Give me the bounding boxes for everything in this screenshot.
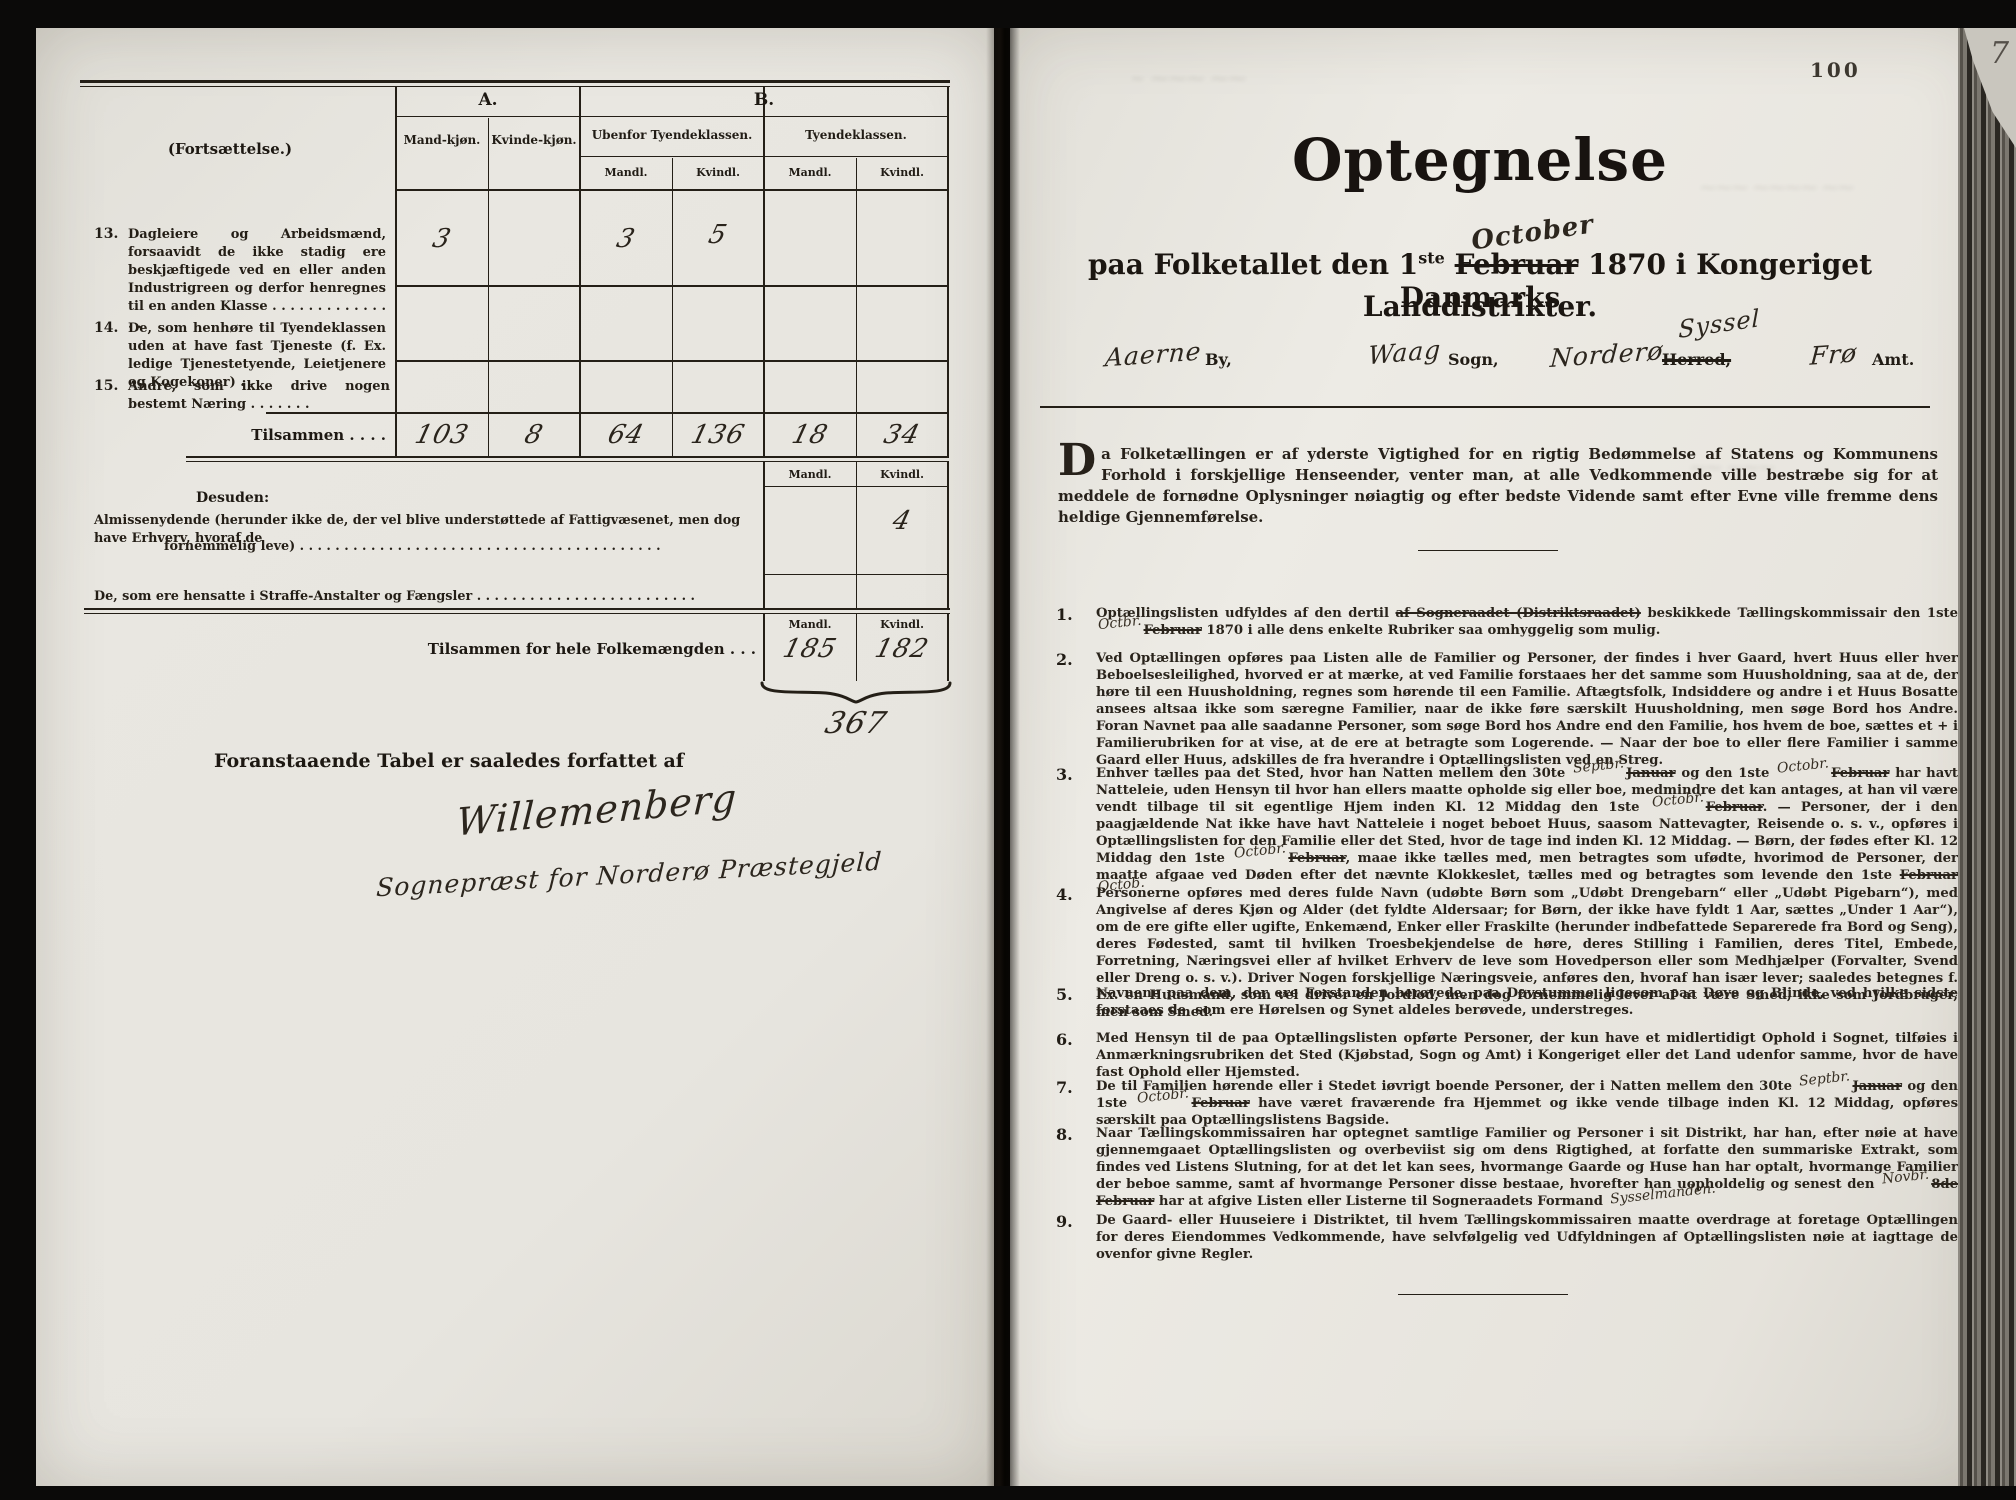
rule	[186, 461, 949, 462]
continuation-label: (Fortsættelse.)	[80, 140, 380, 158]
rule	[395, 285, 949, 287]
handwritten-value: 3	[576, 224, 675, 254]
instruction-item-text: Enhver tælles paa det Sted, hvor han Nat…	[1096, 765, 1958, 901]
instruction-item-text: De Gaard- eller Huuseiere i Distriktet, …	[1096, 1212, 1958, 1263]
handwritten-total: 136	[668, 420, 767, 450]
rule	[80, 86, 950, 87]
handwritten-grand-total-mandl: 185	[760, 634, 859, 664]
rule	[84, 608, 950, 610]
instruction-item-number: 3.	[1056, 765, 1073, 784]
rule	[80, 80, 950, 83]
rule	[579, 116, 949, 117]
subcolumn-mandl-label: Mandl.	[765, 468, 855, 481]
instruction-item: 9.De Gaard- eller Huuseiere i Distriktet…	[1056, 1212, 1958, 1263]
handwritten-sum-367: 367	[806, 706, 907, 741]
row-description: Andre, som ikke drive nogen bestemt Næri…	[128, 378, 390, 414]
instruction-item-number: 2.	[1056, 650, 1073, 669]
instruction-item: 7.De til Familien hørende eller i Stedet…	[1056, 1078, 1958, 1129]
subcolumn-kvindl-label: Kvindl.	[857, 468, 947, 481]
column-mandkjon-label: Mand-kjøn.	[397, 132, 487, 149]
instruction-item-number: 9.	[1056, 1212, 1073, 1231]
handwritten-total: 34	[852, 420, 951, 450]
handwritten-grand-total-kvindl: 182	[852, 634, 951, 664]
handwritten-total: 103	[392, 420, 491, 450]
attestation-text: Foranstaaende Tabel er saaledes forfatte…	[214, 750, 684, 772]
handwritten-signature-title: Sognepræst for Norderø Præstegjeld	[376, 847, 884, 903]
handwritten-corner-mark: 7	[1990, 36, 2010, 71]
instruction-item-text: Optællingslisten udfyldes af den dertil …	[1096, 605, 1958, 639]
scanned-book-spread: A. B. Mand-kjøn. Kvinde-kjøn. Ubenfor Ty…	[0, 0, 2016, 1500]
rule	[763, 486, 949, 487]
instruction-item: 1.Optællingslisten udfyldes af den derti…	[1056, 605, 1958, 639]
rule	[763, 156, 949, 157]
handwritten-value: 5	[668, 220, 767, 250]
handwritten-alms-value: 4	[852, 506, 951, 536]
handwritten-total: 64	[576, 420, 675, 450]
grand-total-label: Tilsammen for hele Folkemængden . . .	[416, 640, 756, 658]
instruction-item-number: 8.	[1056, 1125, 1073, 1144]
handwritten-total: 8	[484, 420, 583, 450]
subcolumn-kvindl-label: Kvindl.	[673, 166, 763, 179]
rule	[84, 613, 950, 614]
rule	[395, 189, 949, 191]
column-group-a-label: A.	[395, 90, 581, 110]
subcolumn-mandl-label: Mandl.	[765, 618, 855, 631]
handwritten-total: 18	[760, 420, 859, 450]
rule	[186, 456, 949, 458]
total-row-label: Tilsammen . . . .	[176, 426, 386, 444]
rule	[488, 118, 489, 458]
page-edge-band	[1958, 28, 2016, 1486]
row-number: 15.	[94, 378, 118, 394]
instruction-item: 3.Enhver tælles paa det Sted, hvor han N…	[1056, 765, 1958, 901]
rule	[763, 574, 949, 575]
instruction-item: 8.Naar Tællingskommissairen har optegnet…	[1056, 1125, 1958, 1210]
instruction-item-text: Navnene paa dem, der ere Forstanden berø…	[1096, 985, 1958, 1019]
straffe-text-line: De, som ere hensatte i Straffe-Anstalter…	[94, 588, 756, 606]
instruction-item-number: 4.	[1056, 885, 1073, 904]
book-gutter-shadow	[986, 28, 1020, 1486]
subcolumn-kvindl-label: Kvindl.	[857, 166, 947, 179]
left-page: A. B. Mand-kjøn. Kvinde-kjøn. Ubenfor Ty…	[36, 28, 994, 1486]
column-group-b-label: B.	[579, 90, 949, 110]
rule	[1398, 1294, 1568, 1295]
subcolumn-mandl-label: Mandl.	[765, 166, 855, 179]
rule	[579, 156, 765, 157]
rule	[947, 86, 949, 458]
desuden-heading: Desuden:	[196, 490, 269, 506]
instruction-item-number: 7.	[1056, 1078, 1073, 1097]
handwritten-signature: Willemenberg	[455, 776, 738, 845]
column-kvindekjon-label: Kvinde-kjøn.	[489, 132, 579, 149]
instruction-item-text: Naar Tællingskommissairen har optegnet s…	[1096, 1125, 1958, 1210]
subcolumn-mandl-label: Mandl.	[581, 166, 671, 179]
rule	[395, 116, 581, 117]
curly-brace	[758, 680, 954, 706]
rule	[395, 360, 949, 362]
instruction-item: 5.Navnene paa dem, der ere Forstanden be…	[1056, 985, 1958, 1019]
row-number: 14.	[94, 320, 118, 336]
instruction-item-number: 6.	[1056, 1030, 1073, 1049]
alms-text-line2: fornemmelig leve) . . . . . . . . . . . …	[164, 538, 756, 556]
row-number: 13.	[94, 226, 118, 242]
instruction-item-number: 1.	[1056, 605, 1073, 624]
rule	[947, 462, 949, 608]
instruction-item-text: De til Familien hørende eller i Stedet i…	[1096, 1078, 1958, 1129]
right-page: 100 ~ ⁓⁓⁓ ⁓⁓ ⁓⁓⁓ ⁓⁓⁓⁓ ⁓⁓ ⁓⁓ ⁓⁓⁓ Optegnel…	[1010, 28, 1988, 1486]
rule	[763, 462, 765, 608]
handwritten-value: 3	[392, 224, 491, 254]
instruction-list: 1.Optællingslisten udfyldes af den derti…	[1056, 28, 1958, 1486]
instruction-item-text: Ved Optællingen opføres paa Listen alle …	[1096, 650, 1958, 769]
row-description: Dagleiere og Arbeidsmænd, forsaavidt de …	[128, 226, 386, 334]
column-ubenfor-tyendeklassen-label: Ubenfor Tyendeklassen.	[581, 128, 763, 142]
subcolumn-kvindl-label: Kvindl.	[857, 618, 947, 631]
instruction-item-number: 5.	[1056, 985, 1073, 1004]
column-tyendeklassen-label: Tyendeklassen.	[765, 128, 947, 142]
instruction-item: 2.Ved Optællingen opføres paa Listen all…	[1056, 650, 1958, 769]
